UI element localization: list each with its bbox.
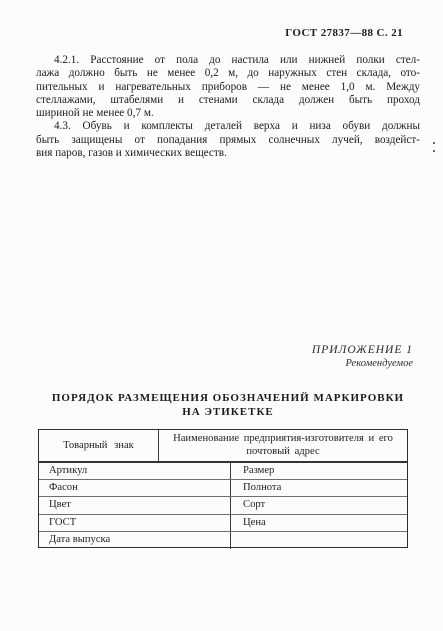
- header-cell-manufacturer-line2: почтовый адрес: [246, 446, 319, 459]
- appendix-sublabel: Рекомендуемое: [312, 358, 413, 369]
- document-reference: ГОСТ 27837—88 С. 21: [285, 27, 403, 39]
- cell-issue-date: Дата выпуска: [39, 532, 231, 549]
- cell-empty: [231, 532, 407, 549]
- appendix-label: ПРИЛОЖЕНИЕ 1: [312, 344, 413, 356]
- cell-color: Цвет: [39, 497, 231, 513]
- paragraph-4-3-line: 4.3. Обувь и комплекты деталей верха и н…: [36, 120, 420, 133]
- table-row: Цвет Сорт: [39, 497, 407, 514]
- cell-grade: Сорт: [231, 497, 407, 513]
- table-body: Артикул Размер Фасон Полнота Цвет Сорт Г…: [39, 463, 407, 545]
- cell-price: Цена: [231, 515, 407, 531]
- section-title-line2: НА ЭТИКЕТКЕ: [36, 405, 420, 419]
- section-title: ПОРЯДОК РАЗМЕЩЕНИЯ ОБОЗНАЧЕНИЙ МАРКИРОВК…: [36, 391, 420, 419]
- paragraph-4-3-line: быть защищены от попадания прямых солнеч…: [36, 134, 420, 147]
- section-title-line1: ПОРЯДОК РАЗМЕЩЕНИЯ ОБОЗНАЧЕНИЙ МАРКИРОВК…: [36, 391, 420, 405]
- header-cell-manufacturer-line1: Наименование предприятия-изготовителя и …: [173, 433, 393, 446]
- header-cell-trademark: Товарный знак: [39, 430, 159, 461]
- table-row: ГОСТ Цена: [39, 515, 407, 532]
- header-cell-manufacturer: Наименование предприятия-изготовителя и …: [159, 430, 407, 461]
- cell-size: Размер: [231, 463, 407, 479]
- scan-artifact: [433, 142, 435, 158]
- cell-width: Полнота: [231, 480, 407, 496]
- paragraph-4-2-1-line: 4.2.1. Расстояние от пола до настила или…: [36, 54, 420, 67]
- cell-article: Артикул: [39, 463, 231, 479]
- cell-style: Фасон: [39, 480, 231, 496]
- paragraph-4-3-line: вия паров, газов и химических веществ.: [36, 147, 420, 160]
- paragraph-4-2-1-line: стеллажами, штабелями и стенами склада д…: [36, 94, 420, 107]
- label-layout-table: Товарный знак Наименование предприятия-и…: [38, 429, 408, 548]
- table-header-row: Товарный знак Наименование предприятия-и…: [39, 430, 407, 463]
- paragraph-4-2-1-line: пительных и нагревательных приборов — не…: [36, 81, 420, 94]
- paragraph-4-2-1-line: лажа должно быть не менее 0,2 м, до нару…: [36, 67, 420, 80]
- table-row: Фасон Полнота: [39, 480, 407, 497]
- table-row: Дата выпуска: [39, 532, 407, 549]
- scanned-document-page: ГОСТ 27837—88 С. 21 4.2.1. Расстояние от…: [0, 0, 443, 631]
- paragraph-4-2-1-line: шириной не менее 0,7 м.: [36, 107, 420, 120]
- appendix-block: ПРИЛОЖЕНИЕ 1 Рекомендуемое: [312, 344, 413, 369]
- cell-gost: ГОСТ: [39, 515, 231, 531]
- table-row: Артикул Размер: [39, 463, 407, 480]
- body-text: 4.2.1. Расстояние от пола до настила или…: [36, 54, 420, 160]
